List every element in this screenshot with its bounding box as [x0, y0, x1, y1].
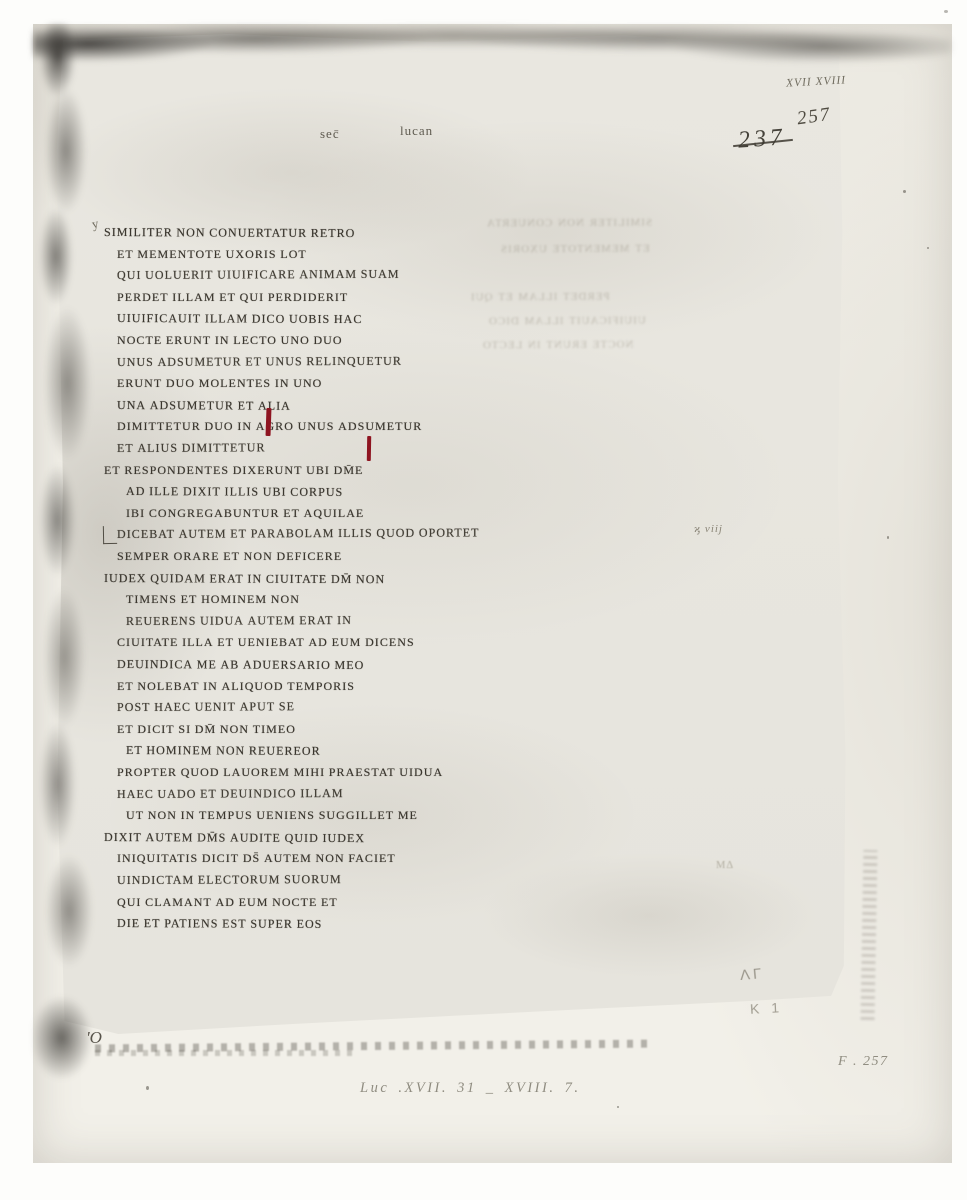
manuscript-text-line: dixit autem dm̄s audite quid iudex — [104, 826, 365, 847]
manuscript-text-line: dicebat autem et parabolam illis quod op… — [117, 522, 480, 544]
manuscript-text-line: qui clamant ad eum nocte et — [117, 891, 338, 911]
ammonian-section-note: ϗ viij — [694, 523, 723, 535]
manuscript-text-line: et alius dimittetur — [117, 436, 266, 457]
manuscript-text-line: qui uoluerit uiuificare animam suam — [117, 263, 400, 284]
manuscript-text-line: ut non in tempus ueniens suggillet me — [126, 804, 418, 824]
dust-speck — [146, 1086, 149, 1090]
manuscript-text-line: uiuificauit illam dico uobis hac — [117, 307, 363, 328]
corner-chapter-numbers: XVII XVIII — [786, 74, 847, 89]
plate-folio-label: F . 257 — [838, 1054, 889, 1070]
manuscript-text-line: perdet illam et qui perdiderit — [117, 286, 348, 306]
manuscript-text-line: ad ille dixit illis ubi corpus — [126, 480, 343, 501]
running-header-secundum: sec̄ — [320, 126, 340, 142]
manuscript-text-line: semper orare et non deficere — [117, 545, 342, 565]
greek-letters-mark: ΛΓ — [739, 965, 765, 984]
bleed-through-line: perdet illam et qui — [470, 288, 610, 306]
manuscript-text-line: die et patiens est super eos — [117, 912, 323, 933]
manuscript-text-line: reuerens uidua autem erat in — [126, 609, 352, 630]
dust-speck — [617, 1106, 619, 1108]
line-start-mark: y — [90, 215, 100, 232]
manuscript-text-line: iniquitatis dicit ds̄ autem non faciet — [117, 847, 396, 867]
dust-speck — [927, 247, 929, 249]
manuscript-text-line: unus adsumetur et unus relinquetur — [117, 349, 402, 370]
manuscript-text-line: haec uado et deuindico illam — [117, 782, 344, 803]
running-header-lucan: lucan — [400, 123, 433, 139]
manuscript-text-line: et nolebat in aliquod temporis — [117, 675, 355, 695]
bleed-through-line: et mementote uxoris — [500, 240, 650, 258]
folio-number-ink: 257 — [796, 104, 833, 131]
red-ink-mark-1 — [266, 408, 272, 436]
manuscript-text-line: post haec uenit aput se — [117, 695, 295, 716]
bleed-through-line: nocte erunt in lecto — [482, 336, 634, 354]
manuscript-text-line: iudex quidam erat in ciuitate dm̄ non — [104, 567, 385, 588]
dust-speck — [944, 10, 948, 13]
manuscript-text-line: et hominem non reuereor — [126, 739, 321, 760]
manuscript-text-line: una adsumetur et alia — [117, 394, 291, 415]
manuscript-text-line: deuindica me ab aduersario meo — [117, 653, 364, 674]
manuscript-text-line: nocte erunt in lecto uno duo — [117, 329, 343, 349]
manuscript-text-line: propter quod lauorem mihi praestat uidua — [117, 761, 443, 781]
manuscript-text-line: et dicit si dm̄ non timeo — [117, 718, 296, 738]
manuscript-text-line: timens et hominem non — [126, 588, 300, 608]
manuscript-text-line: similiter non conuertatur retro — [104, 221, 355, 242]
manuscript-text-line: et respondentes dixerunt ubi dm̄e — [104, 459, 363, 479]
manuscript-text-line: ciuitate illa et ueniebat ad eum dicens — [117, 631, 415, 651]
manuscript-text-line: et mementote uxoris lot — [117, 243, 307, 263]
manuscript-text-line: uindictam electorum suorum — [117, 868, 342, 889]
faint-margin-mark: ΜΔ — [716, 860, 734, 871]
facsimile-plate: XVII XVIII 257 237 sec̄ lucan y similite… — [0, 0, 967, 1200]
bleed-through-line: uiuificauit illam dico — [488, 312, 646, 330]
bleed-through-line: similiter non conuerta — [486, 214, 652, 232]
marginal-bracket — [103, 526, 117, 544]
bottom-left-ink-mark: 'O — [86, 1028, 102, 1048]
dust-speck — [887, 536, 889, 539]
text-overlay: XVII XVIII 257 237 sec̄ lucan y similite… — [0, 0, 967, 1200]
dust-speck — [903, 190, 906, 193]
red-ink-mark-2 — [367, 436, 371, 461]
plate-caption: Luc .XVII. 31 _ XVIII. 7. — [360, 1080, 580, 1097]
shelf-mark: Κ 1 — [750, 999, 784, 1017]
manuscript-text-line: ibi congregabuntur et aquilae — [126, 502, 364, 522]
manuscript-text-line: erunt duo molentes in uno — [117, 372, 322, 392]
